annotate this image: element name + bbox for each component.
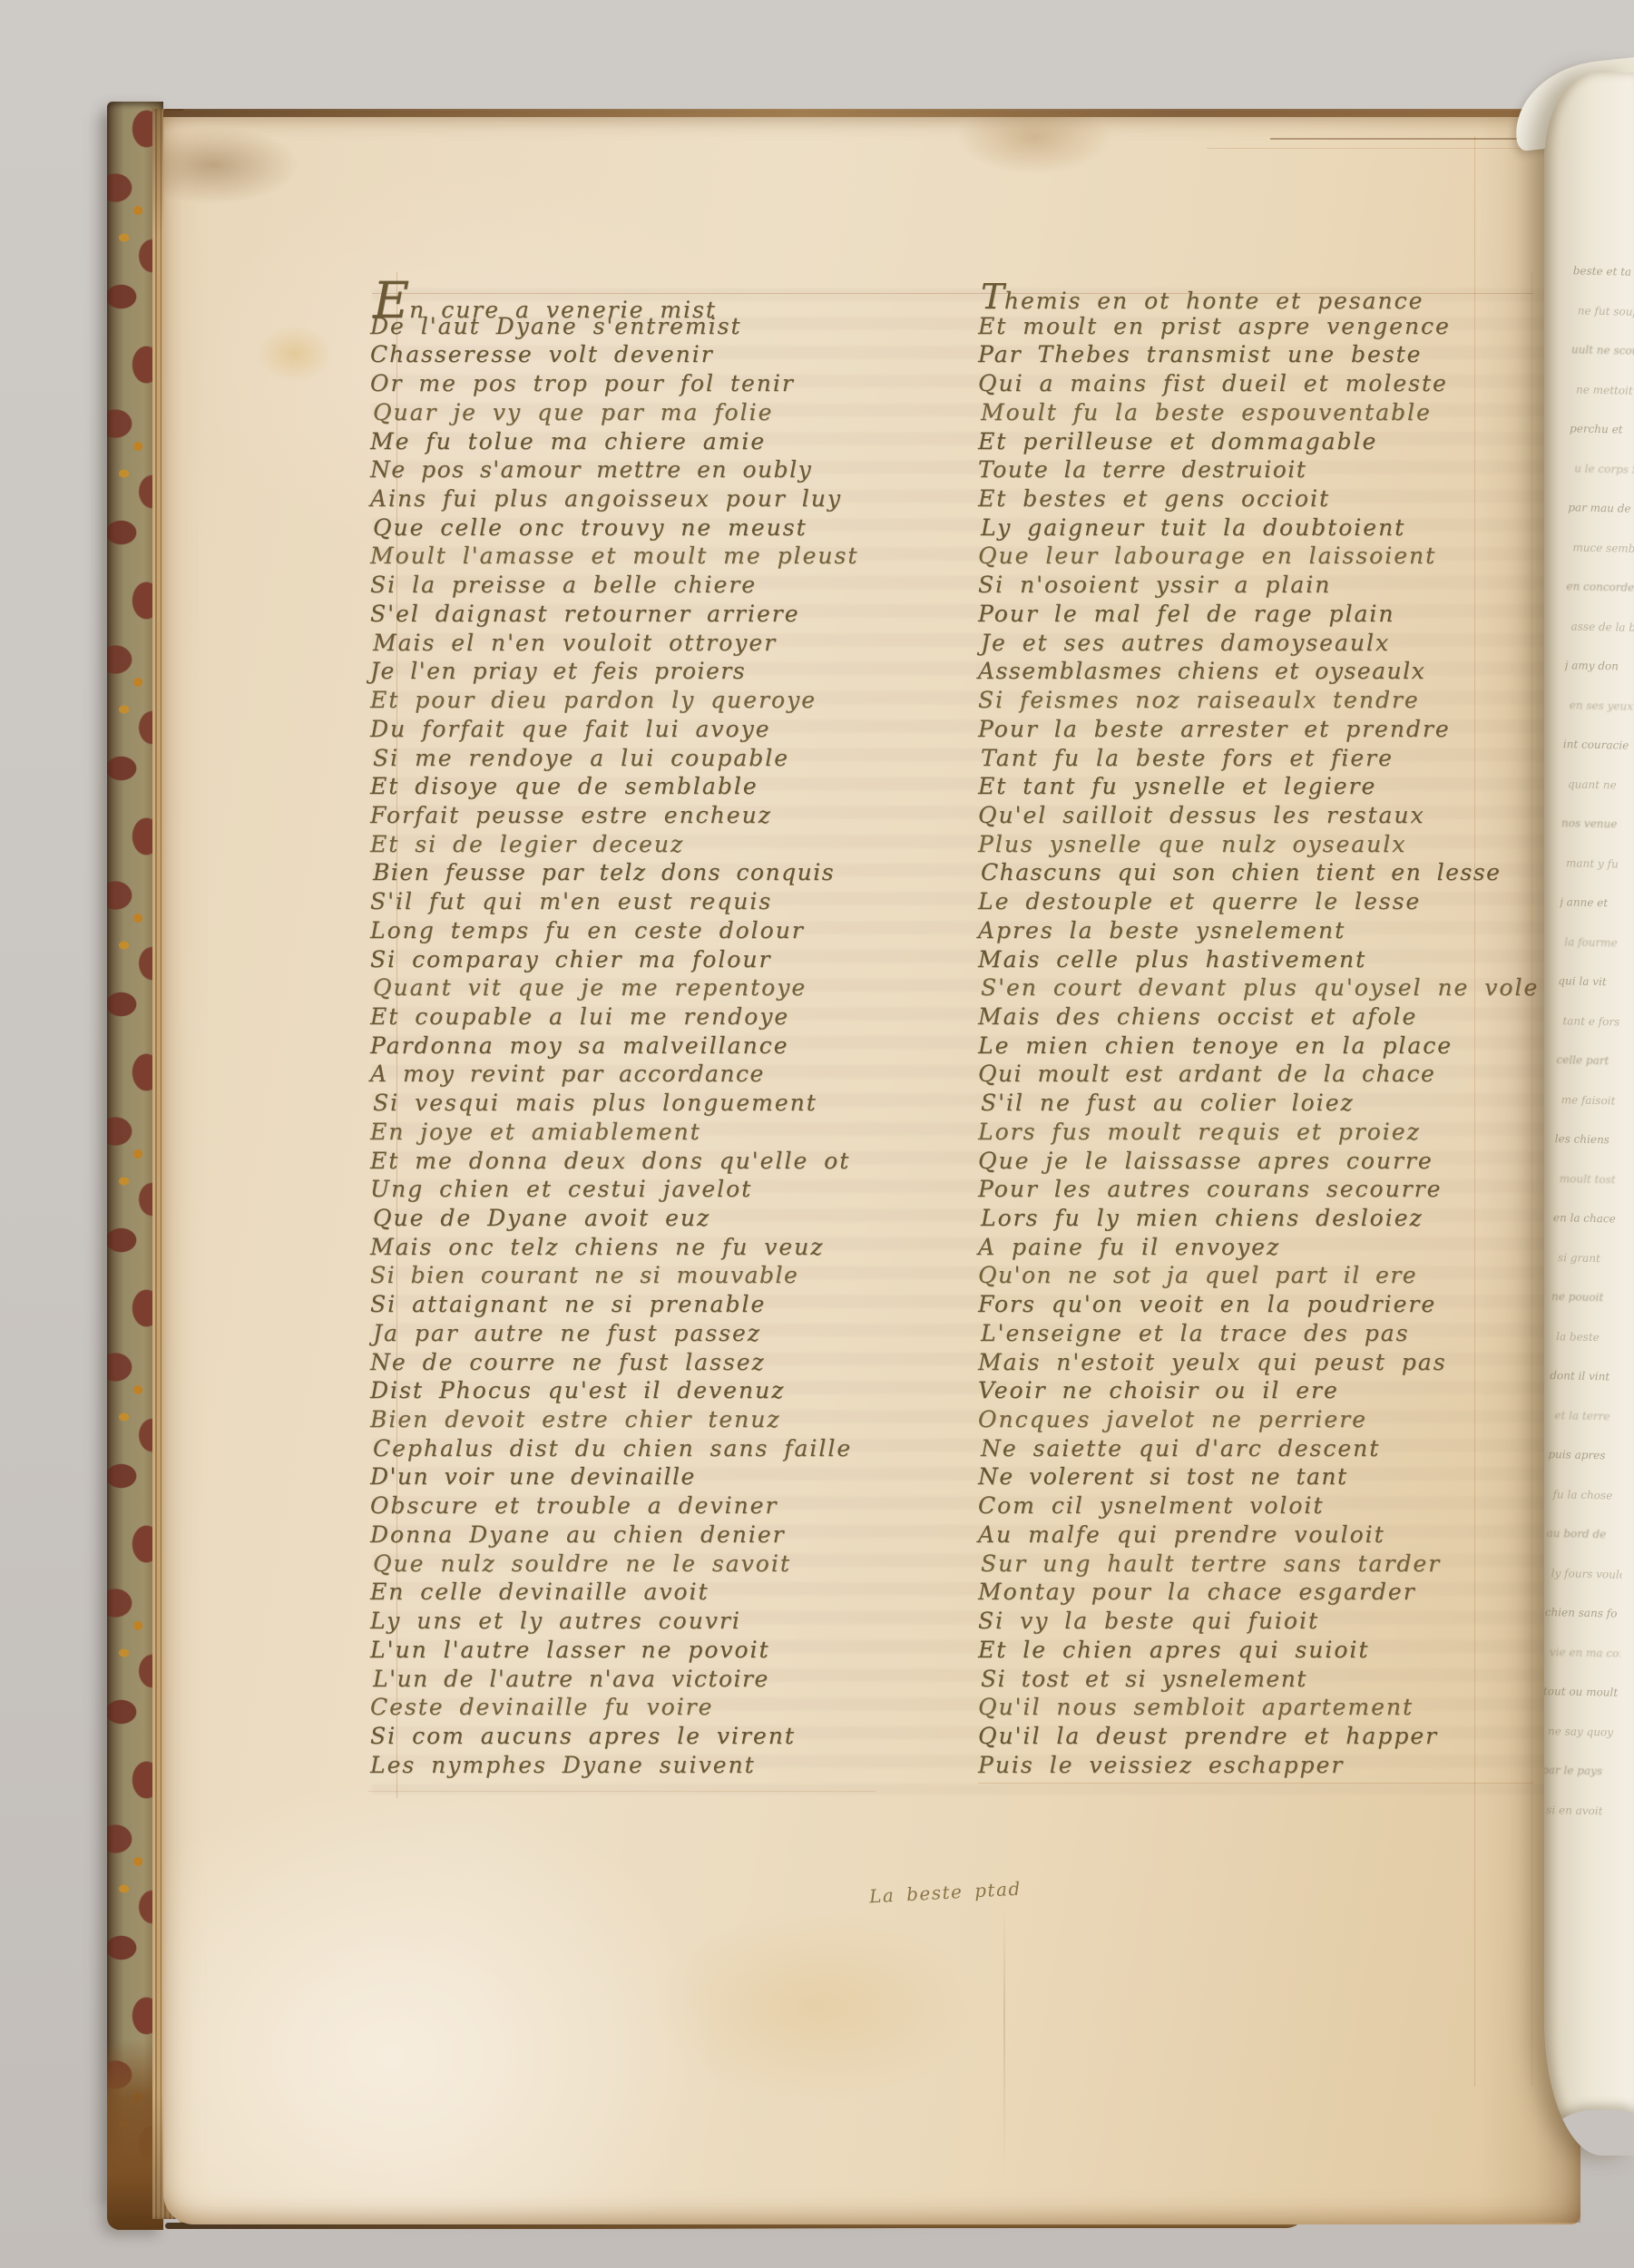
facing-text-line: uult ne scou	[1570, 330, 1634, 371]
verse-line: Ung chien et cestui javelot	[370, 1175, 892, 1204]
verse-line: L'un de l'autre n'ava victoire	[370, 1665, 892, 1694]
verse-line: Que leur labourage en laissoient	[978, 542, 1500, 571]
verse-line: Et le chien apres qui suioit	[978, 1636, 1500, 1665]
facing-page: beste et tane fut soufuult ne scoune met…	[1544, 73, 1634, 2156]
facing-text-line: me faisoit	[1555, 1080, 1632, 1121]
facing-text-line: puis apres	[1548, 1435, 1625, 1476]
facing-text-line: ly fours vouloi	[1545, 1553, 1622, 1594]
verse-line: Fors qu'on veoit en la poudriere	[978, 1290, 1500, 1319]
verse-line: Chasseresse volt devenir	[370, 340, 892, 369]
ruling-top-margin	[1207, 148, 1570, 149]
facing-text-line: tout ou moult	[1544, 1672, 1619, 1713]
verse-line: Ja par autre ne fust passez	[370, 1319, 892, 1348]
facing-text-line: par le pays	[1544, 1751, 1619, 1792]
facing-text-line: j anne et	[1560, 883, 1634, 924]
verse-line: Pour la beste arrester et prendre	[978, 715, 1500, 744]
verse-line: Mais n'estoit yeulx qui peust pas	[978, 1348, 1500, 1377]
verse-line: Forfait peusse estre encheuz	[370, 801, 892, 830]
verse-line: Donna Dyane au chien denier	[370, 1520, 892, 1549]
verse-line: Si comparay chier ma folour	[370, 945, 892, 974]
verse-line: Mais celle plus hastivement	[978, 945, 1500, 974]
verse-line: Le destouple et querre le lesse	[978, 887, 1500, 916]
facing-text-line: ne fut souf	[1571, 291, 1634, 332]
verse-line: Quar je vy que par ma folie	[370, 398, 892, 427]
facing-text-line: tant e fors	[1557, 1002, 1634, 1042]
verse-line: Veoir ne choisir ou il ere	[978, 1376, 1500, 1405]
verse-line: Long temps fu en ceste dolour	[370, 916, 892, 945]
verse-line: Bien feusse par telz dons conquis	[370, 858, 892, 887]
facing-text-line: en concorde	[1566, 567, 1634, 608]
facing-text-line: j amy don	[1564, 646, 1634, 687]
facing-page-text: beste et tane fut soufuult ne scoune met…	[1544, 251, 1634, 1831]
verse-line: Et bestes et gens occioit	[978, 484, 1500, 513]
verse-line: En celle devinaille avoit	[370, 1578, 892, 1607]
verse-line: Que je le laissasse apres courre	[978, 1147, 1500, 1176]
facing-text-line: fu la chose	[1547, 1475, 1624, 1516]
verse-line: Mais el n'en vouloit ottroyer	[370, 629, 892, 658]
verse-line: Je et ses autres damoyseaulx	[978, 629, 1500, 658]
facing-text-line: par mau de	[1568, 488, 1634, 529]
verse-line: Tant fu la beste fors et fiere	[978, 744, 1500, 773]
verse-line: Apres la beste ysnelement	[978, 916, 1500, 945]
verse-line: Et disoye que de semblable	[370, 772, 892, 801]
verse-line: Dist Phocus qu'est il devenuz	[370, 1376, 892, 1405]
facing-text-line: ne say quoy	[1544, 1711, 1619, 1752]
verse-line: Pour le mal fel de rage plain	[978, 600, 1500, 629]
verse-line: Que celle onc trouvy ne meust	[370, 513, 892, 543]
facing-text-line: la beste	[1551, 1317, 1628, 1358]
facing-text-line: si grant	[1552, 1238, 1629, 1279]
verse-line: Oncques javelot ne perriere	[978, 1405, 1500, 1434]
verse-line: De l'aut Dyane s'entremist	[370, 312, 892, 341]
facing-text-line: muce semble	[1567, 528, 1634, 569]
verse-line: Que de Dyane avoit euz	[370, 1204, 892, 1233]
facing-text-line: qui la vit	[1558, 962, 1634, 1002]
verse-line: Qui a mains fist dueil et moleste	[978, 369, 1500, 398]
facing-text-line: en ses yeux	[1563, 686, 1634, 727]
verse-line: Et me donna deux dons qu'elle ot	[370, 1147, 892, 1176]
verse-line: A paine fu il envoyez	[978, 1233, 1500, 1262]
facing-text-line: la fourme	[1559, 923, 1634, 963]
verse-line: En joye et amiablement	[370, 1118, 892, 1147]
facing-text-line: ne pouoit	[1551, 1277, 1629, 1318]
verse-line: Plus ysnelle que nulz oyseaulx	[978, 830, 1500, 859]
verse-line: Ne saiette qui d'arc descent	[978, 1434, 1500, 1463]
verse-line: Si vy la beste qui fuioit	[978, 1607, 1500, 1636]
verse-line: Qu'il nous sembloit apartement	[978, 1693, 1500, 1722]
facing-text-line: chien sans fo	[1544, 1593, 1621, 1634]
verse-line: Si me rendoye a lui coupable	[370, 744, 892, 773]
verse-line: Cephalus dist du chien sans faille	[370, 1434, 892, 1463]
verse-line: Bien devoit estre chier tenuz	[370, 1405, 892, 1434]
facing-text-line: moult tost	[1553, 1159, 1630, 1200]
verse-line: Or me pos trop pour fol tenir	[370, 369, 892, 398]
verse-line: Au malfe qui prendre vouloit	[978, 1520, 1500, 1549]
verse-line: Ne pos s'amour mettre en oubly	[370, 455, 892, 484]
text-column-left: En cure a venerie mistDe l'aut Dyane s'e…	[370, 283, 892, 1784]
verse-line: Par Thebes transmist une beste	[978, 340, 1500, 369]
facing-text-line: et la terre	[1549, 1396, 1626, 1437]
verse-line: Com cil ysnelment voloit	[978, 1491, 1500, 1520]
verse-line: Lors fus moult requis et proiez	[978, 1118, 1500, 1147]
facing-text-line: perchu et	[1570, 409, 1634, 450]
verse-line: Si la preisse a belle chiere	[370, 571, 892, 600]
facing-text-line: vie en ma comp	[1544, 1632, 1620, 1673]
verse-line: Toute la terre destruioit	[978, 455, 1500, 484]
verse-line: Mais des chiens occist et afole	[978, 1002, 1500, 1031]
facing-text-line: les chiens	[1554, 1119, 1631, 1160]
verse-line: Qu'on ne sot ja quel part il ere	[978, 1261, 1500, 1290]
verse-line: Qu'el sailloit dessus les restaux	[978, 801, 1500, 830]
verse-line: Ne de courre ne fust lassez	[370, 1348, 892, 1377]
verse-line: Obscure et trouble a deviner	[370, 1491, 892, 1520]
verse-line: Qui moult est ardant de la chace	[978, 1060, 1500, 1089]
facing-text-line: u le corps S	[1569, 449, 1634, 490]
facing-text-line: beste et ta	[1572, 251, 1634, 292]
facing-text-line: si en avoit	[1544, 1790, 1618, 1831]
verse-line: Ly uns et ly autres couvri	[370, 1607, 892, 1636]
verse-line: Chascuns qui son chien tient en lesse	[978, 858, 1500, 887]
verse-line: S'il fut qui m'en eust requis	[370, 887, 892, 916]
verse-line: D'un voir une devinaille	[370, 1462, 892, 1491]
verse-line: Et tant fu ysnelle et legiere	[978, 772, 1500, 801]
facing-text-line: nos venue	[1561, 804, 1634, 845]
verse-line: Moult l'amasse et moult me pleust	[370, 542, 892, 571]
verse-line: Si feismes noz raiseaulx tendre	[978, 686, 1500, 715]
verse-line: Si com aucuns apres le virent	[370, 1722, 892, 1751]
verse-line: Si tost et si ysnelement	[978, 1665, 1500, 1694]
verse-line: Du forfait que fait lui avoye	[370, 715, 892, 744]
verse-line: A moy revint par accordance	[370, 1060, 892, 1089]
verse-line: Assemblasmes chiens et oyseaulx	[978, 657, 1500, 686]
verse-line: Ains fui plus angoisseux pour luy	[370, 484, 892, 513]
verse-line: Et perilleuse et dommagable	[978, 427, 1500, 456]
verse-line: Ly gaigneur tuit la doubtoient	[978, 513, 1500, 543]
text-column-right: Themis en ot honte et pesanceEt moult en…	[978, 283, 1500, 1784]
verse-line: Le mien chien tenoye en la place	[978, 1031, 1500, 1061]
verse-line: S'el daignast retourner arriere	[370, 600, 892, 629]
verse-line: L'enseigne et la trace des pas	[978, 1319, 1500, 1348]
facing-text-line: celle part	[1556, 1041, 1633, 1081]
verse-line: Si attaignant ne si prenable	[370, 1290, 892, 1319]
verse-line: Pour les autres courans secourre	[978, 1175, 1500, 1204]
facing-text-line: en la chace	[1552, 1198, 1629, 1239]
verse-line: Puis le veissiez eschapper	[978, 1751, 1500, 1780]
verse-line: Je l'en priay et feis proiers	[370, 657, 892, 686]
parchment-crease	[1003, 1905, 1005, 2177]
verse-line: Quant vit que je me repentoye	[370, 973, 892, 1002]
verse-line: Mais onc telz chiens ne fu veuz	[370, 1233, 892, 1262]
verse-line: Moult fu la beste espouventable	[978, 398, 1500, 427]
photo-backdrop: En cure a venerie mistDe l'aut Dyane s'e…	[0, 0, 1634, 2268]
verse-line: Me fu tolue ma chiere amie	[370, 427, 892, 456]
facing-text-line: asse de la b	[1565, 607, 1634, 648]
verse-line: Pardonna moy sa malveillance	[370, 1031, 892, 1061]
verse-line: Les nymphes Dyane suivent	[370, 1751, 892, 1780]
verse-line: L'un l'autre lasser ne povoit	[370, 1636, 892, 1665]
verse-line: Themis en ot honte et pesance	[978, 283, 1500, 312]
facing-text-line: dont il vint	[1550, 1356, 1627, 1397]
facing-text-line: int couracie	[1562, 725, 1634, 766]
verse-line: Si n'osoient yssir a plain	[978, 571, 1500, 600]
verse-line: Et si de legier deceuz	[370, 830, 892, 859]
verse-line: Et moult en prist aspre vengence	[978, 312, 1500, 341]
verse-line: Si vesqui mais plus longuement	[370, 1089, 892, 1118]
verse-line: Que nulz souldre ne le savoit	[370, 1549, 892, 1579]
facing-text-line: au bord de	[1546, 1514, 1623, 1555]
verse-line: Lors fu ly mien chiens desloiez	[978, 1204, 1500, 1233]
verse-line: S'en court devant plus qu'oysel ne vole	[978, 973, 1500, 1002]
verse-line: Et coupable a lui me rendoye	[370, 1002, 892, 1031]
verse-line: Si bien courant ne si mouvable	[370, 1261, 892, 1290]
verse-line: S'il ne fust au colier loiez	[978, 1089, 1500, 1118]
verse-line: Ceste devinaille fu voire	[370, 1693, 892, 1722]
facing-text-line: quant ne	[1561, 765, 1634, 806]
catchword: La beste ptad	[868, 1878, 1022, 1908]
manuscript-page: En cure a venerie mistDe l'aut Dyane s'e…	[163, 111, 1580, 2224]
verse-line: En cure a venerie mist	[370, 283, 892, 312]
verse-line: Et pour dieu pardon ly queroye	[370, 686, 892, 715]
facing-text-line: mant y fu	[1561, 844, 1634, 885]
verse-line: Montay pour la chace esgarder	[978, 1578, 1500, 1607]
verse-line: Sur ung hault tertre sans tarder	[978, 1549, 1500, 1579]
facing-text-line: ne mettoit	[1570, 370, 1634, 411]
verse-line: Qu'il la deust prendre et happer	[978, 1722, 1500, 1751]
verse-line: Ne volerent si tost ne tant	[978, 1462, 1500, 1491]
